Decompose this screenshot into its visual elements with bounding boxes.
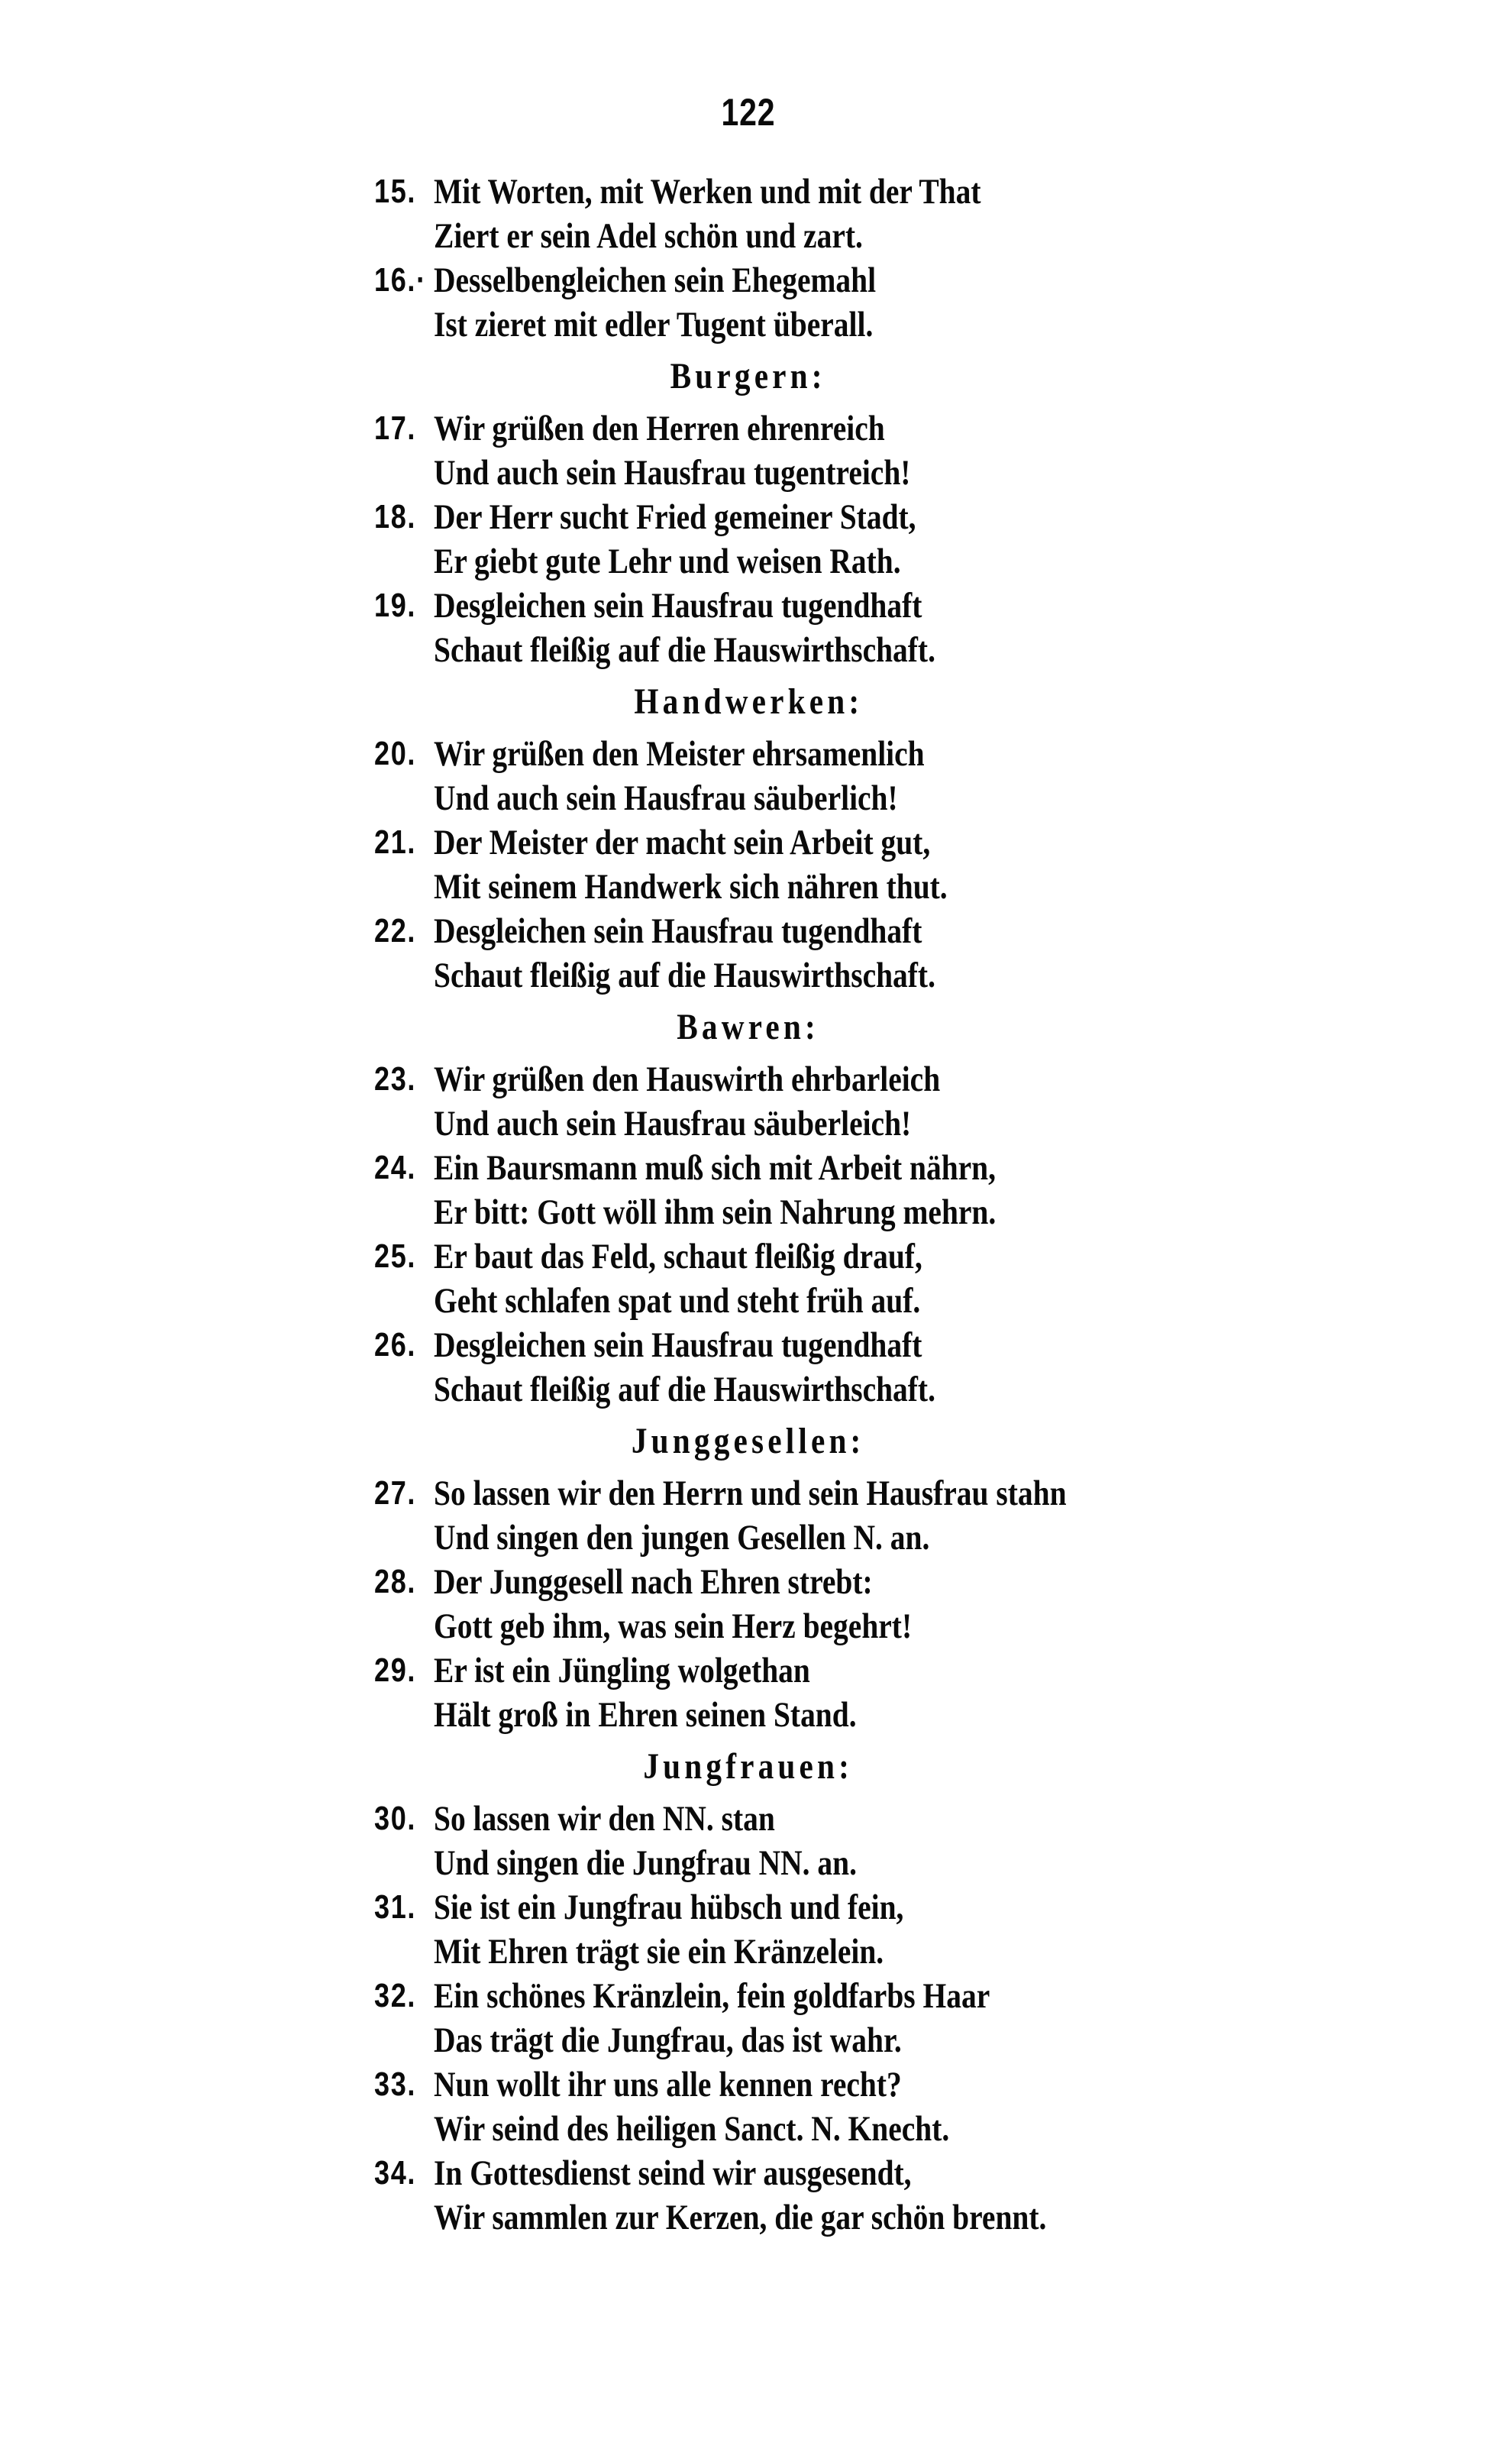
verse-line: Schaut fleißig auf die Hauswirthschaft. bbox=[434, 628, 935, 672]
verse-line: Wir sammlen zur Kerzen, die gar schön br… bbox=[434, 2195, 1046, 2240]
verse-line: Das trägt die Jungfrau, das ist wahr. bbox=[434, 2018, 902, 2062]
verse-16: 16.· Desselbengleichen sein Ehegemahl Is… bbox=[0, 258, 1512, 347]
verse-17: 17. Wir grüßen den Herren ehrenreich Und… bbox=[0, 406, 1512, 495]
verse-line: Geht schlafen spat und steht früh auf. bbox=[434, 1279, 920, 1323]
verse-32: 32. Ein schönes Kränzlein, fein goldfarb… bbox=[0, 1974, 1512, 2062]
verse-line: Mit Ehren trägt sie ein Kränzelein. bbox=[434, 1930, 884, 1974]
verse-23: 23. Wir grüßen den Hauswirth ehrbarleich… bbox=[0, 1057, 1512, 1146]
verse-number: 31. bbox=[374, 1885, 416, 1930]
verse-29: 29. Er ist ein Jüngling wolgethan Hält g… bbox=[0, 1648, 1512, 1737]
verse-number: 20. bbox=[374, 732, 416, 776]
verse-line: Desgleichen sein Hausfrau tugendhaft bbox=[434, 1323, 922, 1367]
verse-line: Der Meister der macht sein Arbeit gut, bbox=[434, 820, 930, 865]
verse-line: Hält groß in Ehren seinen Stand. bbox=[434, 1693, 857, 1737]
verse-line: Und singen die Jungfrau NN. an. bbox=[434, 1841, 857, 1885]
verse-number: 16.· bbox=[374, 258, 427, 302]
verse-number: 24. bbox=[374, 1146, 416, 1190]
verse-line: Wir seind des heiligen Sanct. N. Knecht. bbox=[434, 2107, 949, 2151]
verse-line: Er baut das Feld, schaut fleißig drauf, bbox=[434, 1234, 922, 1279]
verse-21: 21. Der Meister der macht sein Arbeit gu… bbox=[0, 820, 1512, 909]
verse-34: 34. In Gottesdienst seind wir ausgesendt… bbox=[0, 2151, 1512, 2240]
section-heading-bawren: Bawren: bbox=[0, 998, 1497, 1057]
book-page: 122 15. Mit Worten, mit Werken und mit d… bbox=[0, 0, 1512, 2449]
verse-25: 25. Er baut das Feld, schaut fleißig dra… bbox=[0, 1234, 1512, 1323]
verse-line: Und auch sein Hausfrau säuberleich! bbox=[434, 1102, 911, 1146]
section-heading-burgern: Burgern: bbox=[0, 347, 1497, 406]
verse-line: Er giebt gute Lehr und weisen Rath. bbox=[434, 539, 901, 584]
verse-line: Und singen den jungen Gesellen N. an. bbox=[434, 1516, 929, 1560]
verse-line: Mit Worten, mit Werken und mit der That bbox=[434, 170, 981, 214]
verse-line: Wir grüßen den Meister ehrsamenlich bbox=[434, 732, 925, 776]
song-text: 15. Mit Worten, mit Werken und mit der T… bbox=[0, 170, 1512, 2240]
verse-line: Schaut fleißig auf die Hauswirthschaft. bbox=[434, 953, 935, 998]
verse-line: Der Junggesell nach Ehren strebt: bbox=[434, 1560, 873, 1604]
verse-line: Desgleichen sein Hausfrau tugendhaft bbox=[434, 909, 922, 953]
verse-line: Nun wollt ihr uns alle kennen recht? bbox=[434, 2062, 902, 2107]
verse-20: 20. Wir grüßen den Meister ehrsamenlich … bbox=[0, 732, 1512, 820]
verse-line: Ein schönes Kränzlein, fein goldfarbs Ha… bbox=[434, 1974, 990, 2018]
verse-number: 28. bbox=[374, 1560, 416, 1604]
verse-30: 30. So lassen wir den NN. stan Und singe… bbox=[0, 1797, 1512, 1885]
verse-line: Wir grüßen den Herren ehrenreich bbox=[434, 406, 885, 451]
verse-line: Er bitt: Gott wöll ihm sein Nahrung mehr… bbox=[434, 1190, 996, 1234]
verse-number: 18. bbox=[374, 495, 416, 539]
verse-31: 31. Sie ist ein Jungfrau hübsch und fein… bbox=[0, 1885, 1512, 1974]
verse-number: 26. bbox=[374, 1323, 416, 1367]
verse-line: Desgleichen sein Hausfrau tugendhaft bbox=[434, 584, 922, 628]
verse-line: Ziert er sein Adel schön und zart. bbox=[434, 214, 863, 258]
verse-28: 28. Der Junggesell nach Ehren strebt: Go… bbox=[0, 1560, 1512, 1648]
verse-line: In Gottesdienst seind wir ausgesendt, bbox=[434, 2151, 912, 2195]
verse-19: 19. Desgleichen sein Hausfrau tugendhaft… bbox=[0, 584, 1512, 672]
verse-line: Gott geb ihm, was sein Herz begehrt! bbox=[434, 1604, 912, 1648]
verse-number: 15. bbox=[374, 170, 416, 214]
verse-line: Und auch sein Hausfrau säuberlich! bbox=[434, 776, 898, 820]
verse-number: 27. bbox=[374, 1471, 416, 1516]
verse-number: 33. bbox=[374, 2062, 416, 2107]
verse-33: 33. Nun wollt ihr uns alle kennen recht?… bbox=[0, 2062, 1512, 2151]
verse-number: 17. bbox=[374, 406, 416, 451]
verse-number: 34. bbox=[374, 2151, 416, 2195]
verse-number: 22. bbox=[374, 909, 416, 953]
verse-line: Desselbengleichen sein Ehegemahl bbox=[434, 258, 876, 302]
verse-15: 15. Mit Worten, mit Werken und mit der T… bbox=[0, 170, 1512, 258]
verse-line: So lassen wir den NN. stan bbox=[434, 1797, 775, 1841]
verse-27: 27. So lassen wir den Herrn und sein Hau… bbox=[0, 1471, 1512, 1560]
verse-number: 23. bbox=[374, 1057, 416, 1102]
verse-number: 19. bbox=[374, 584, 416, 628]
verse-line: Ist zieret mit edler Tugent überall. bbox=[434, 302, 873, 347]
verse-line: Wir grüßen den Hauswirth ehrbarleich bbox=[434, 1057, 940, 1102]
verse-line: So lassen wir den Herrn und sein Hausfra… bbox=[434, 1471, 1067, 1516]
verse-line: Sie ist ein Jungfrau hübsch und fein, bbox=[434, 1885, 903, 1930]
verse-18: 18. Der Herr sucht Fried gemeiner Stadt,… bbox=[0, 495, 1512, 584]
verse-number: 21. bbox=[374, 820, 416, 865]
section-heading-junggesellen: Junggesellen: bbox=[0, 1412, 1497, 1471]
verse-24: 24. Ein Baursmann muß sich mit Arbeit nä… bbox=[0, 1146, 1512, 1234]
section-heading-jungfrauen: Jungfrauen: bbox=[0, 1737, 1497, 1797]
verse-line: Er ist ein Jüngling wolgethan bbox=[434, 1648, 810, 1693]
verse-number: 30. bbox=[374, 1797, 416, 1841]
verse-line: Schaut fleißig auf die Hauswirthschaft. bbox=[434, 1367, 935, 1412]
verse-number: 25. bbox=[374, 1234, 416, 1279]
verse-22: 22. Desgleichen sein Hausfrau tugendhaft… bbox=[0, 909, 1512, 998]
page-number: 122 bbox=[134, 90, 1362, 134]
verse-line: Mit seinem Handwerk sich nähren thut. bbox=[434, 865, 948, 909]
verse-line: Und auch sein Hausfrau tugentreich! bbox=[434, 451, 910, 495]
section-heading-handwerken: Handwerken: bbox=[0, 672, 1497, 732]
verse-line: Ein Baursmann muß sich mit Arbeit nährn, bbox=[434, 1146, 996, 1190]
verse-number: 32. bbox=[374, 1974, 416, 2018]
verse-line: Der Herr sucht Fried gemeiner Stadt, bbox=[434, 495, 916, 539]
verse-number: 29. bbox=[374, 1648, 416, 1693]
verse-26: 26. Desgleichen sein Hausfrau tugendhaft… bbox=[0, 1323, 1512, 1412]
